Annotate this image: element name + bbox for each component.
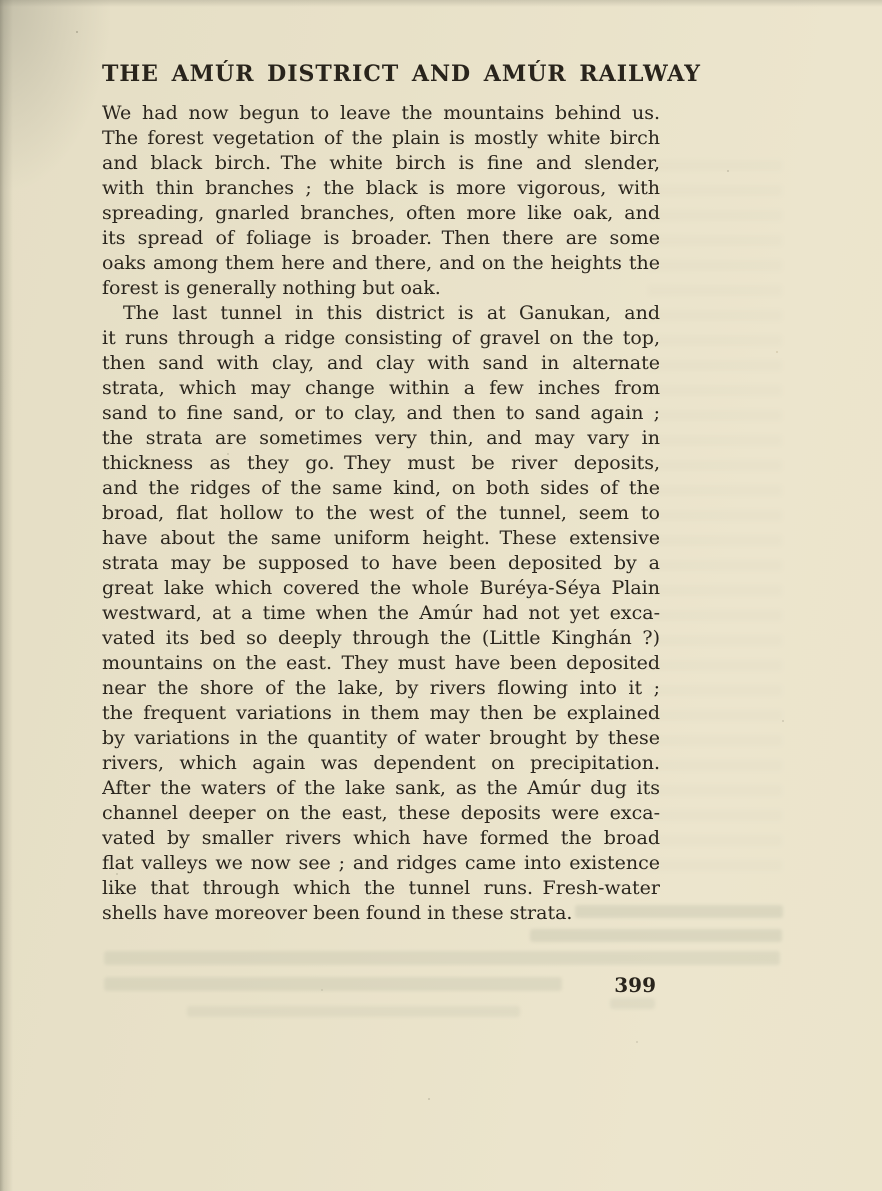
text-line: After the waters of the lake sank, as th… (102, 776, 660, 801)
text-line: flat valleys we now see ; and ridges cam… (102, 851, 660, 876)
text-line: channel deeper on the east, these deposi… (102, 801, 660, 826)
text-line: oaks among them here and there, and on t… (102, 251, 660, 276)
text-line: have about the same uniform height. Thes… (102, 526, 660, 551)
text-line: We had now begun to leave the mountains … (102, 101, 660, 126)
text-line: sand to fine sand, or to clay, and then … (102, 401, 660, 426)
text-line: broad, flat hollow to the west of the tu… (102, 501, 660, 526)
text-line: westward, at a time when the Amúr had no… (102, 601, 660, 626)
text-line: spreading, gnarled branches, often more … (102, 201, 660, 226)
text-line: forest is generally nothing but oak. (102, 276, 660, 301)
text-line: the frequent variations in them may then… (102, 701, 660, 726)
text-column: THE AMÚR DISTRICT AND AMÚR RAILWAY We ha… (102, 0, 660, 998)
text-line: like that through which the tunnel runs.… (102, 876, 660, 901)
text-line: The last tunnel in this district is at G… (102, 301, 660, 326)
text-line: vated its bed so deeply through the (Lit… (102, 626, 660, 651)
book-page: THE AMÚR DISTRICT AND AMÚR RAILWAY We ha… (0, 0, 882, 1191)
ghost-showthrough-column (648, 160, 782, 880)
body-text: We had now begun to leave the mountains … (102, 101, 660, 926)
paper-speckles (76, 31, 78, 33)
text-line: vated by smaller rivers which have forme… (102, 826, 660, 851)
text-line: with thin branches ; the black is more v… (102, 176, 660, 201)
text-line: thickness as they go. They must be river… (102, 451, 660, 476)
text-line: mountains on the east. They must have be… (102, 651, 660, 676)
running-title: THE AMÚR DISTRICT AND AMÚR RAILWAY (102, 60, 660, 88)
ghost-showthrough-line (610, 998, 655, 1009)
text-line: and black birch. The white birch is fine… (102, 151, 660, 176)
text-line: and the ridges of the same kind, on both… (102, 476, 660, 501)
text-line: The forest vegetation of the plain is mo… (102, 126, 660, 151)
text-line: strata, which may change within a few in… (102, 376, 660, 401)
text-line: shells have moreover been found in these… (102, 901, 660, 926)
scan-corner-shading (0, 0, 110, 190)
text-line: it runs through a ridge consisting of gr… (102, 326, 660, 351)
text-line: then sand with clay, and clay with sand … (102, 351, 660, 376)
text-line: by variations in the quantity of water b… (102, 726, 660, 751)
page-number: 399 (102, 973, 660, 998)
text-line: great lake which covered the whole Buréy… (102, 576, 660, 601)
ghost-showthrough-line (187, 1006, 520, 1017)
text-line: strata may be supposed to have been depo… (102, 551, 660, 576)
text-line: its spread of foliage is broader. Then t… (102, 226, 660, 251)
text-line: near the shore of the lake, by rivers fl… (102, 676, 660, 701)
text-line: the strata are sometimes very thin, and … (102, 426, 660, 451)
text-line: rivers, which again was dependent on pre… (102, 751, 660, 776)
